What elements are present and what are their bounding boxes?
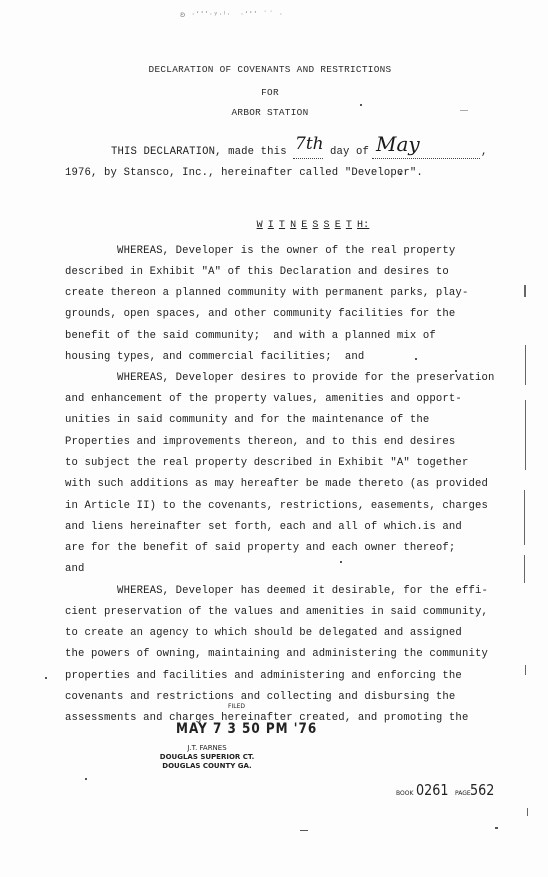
filed-stamp-datetime: MAY 7 3 50 PM '76 [176, 720, 317, 737]
paragraph-1-line: WHEREAS, Developer is the owner of the r… [65, 245, 455, 257]
page-label: PAGE [455, 790, 471, 797]
paragraph-1-line: housing types, and commercial facilities… [65, 351, 364, 363]
witnesseth-letter: I [268, 220, 274, 231]
book-number: 0261 [416, 781, 448, 799]
witnesseth-heading: WITNESSETH: [232, 209, 374, 242]
paragraph-2-line: with such additions as may hereafter be … [65, 478, 488, 490]
page-number: 562 [470, 781, 494, 799]
intro-comma: , [481, 146, 488, 158]
paragraph-3-line: to create an agency to which should be d… [65, 627, 462, 639]
paragraph-1-line: grounds, open spaces, and other communit… [65, 308, 455, 320]
book-label: BOOK [396, 790, 413, 797]
scan-speck [415, 358, 417, 360]
paragraph-2-line: and enhancement of the property values, … [65, 393, 462, 405]
paragraph-1-line: described in Exhibit "A" of this Declara… [65, 266, 449, 278]
witnesseth-letter: T [346, 220, 352, 231]
witnesseth-letter: N [290, 220, 296, 231]
filed-stamp-county: DOUGLAS COUNTY GA. [162, 762, 251, 770]
handwritten-month: May [376, 132, 420, 156]
paragraph-1-line: benefit of the said community; and with … [65, 330, 436, 342]
filed-stamp-clerk: J.T. FARNES [187, 744, 226, 752]
scan-edge-artifact [524, 490, 525, 545]
paragraph-3-line: WHEREAS, Developer has deemed it desirab… [65, 585, 488, 597]
scan-edge-artifact [525, 665, 526, 675]
witnesseth-letter: H: [357, 220, 369, 231]
handwritten-period: . [398, 160, 403, 179]
witnesseth-letter: S [324, 220, 330, 231]
paragraph-2-line: are for the benefit of said property and… [65, 542, 455, 554]
month-blank-line [372, 158, 480, 159]
scan-speck [360, 104, 362, 106]
paragraph-2-line: Properties and improvements thereon, and… [65, 436, 455, 448]
scanned-document-page: ʚ ·ʻ'ʼ·ʸ·ˡ· ·ʻ'ʼ ˙˙ · DECLARATION OF COV… [0, 0, 548, 877]
witnesseth-letter: S [312, 220, 318, 231]
paragraph-2-line: WHEREAS, Developer desires to provide fo… [65, 372, 494, 384]
document-title: DECLARATION OF COVENANTS AND RESTRICTION… [149, 64, 392, 75]
scan-speck [45, 677, 47, 679]
filed-stamp-label: FILED [228, 703, 245, 710]
scan-speck [460, 110, 468, 111]
paragraph-2-line: in Article II) to the covenants, restric… [65, 500, 488, 512]
scan-speck [455, 370, 457, 372]
paragraph-3-line: cient preservation of the values and ame… [65, 606, 488, 618]
intro-line-2: 1976, by Stansco, Inc., hereinafter call… [65, 167, 423, 179]
paragraph-2-line: unities in said community and for the ma… [65, 414, 429, 426]
paragraph-2-line: and [65, 563, 85, 575]
scan-speck [340, 561, 342, 563]
day-blank-line [293, 158, 323, 159]
filed-stamp-court: DOUGLAS SUPERIOR CT. [160, 753, 254, 761]
scan-speck [495, 827, 498, 829]
paragraph-3-line: the powers of owning, maintaining and ad… [65, 648, 488, 660]
scan-edge-artifact [524, 555, 525, 583]
witnesseth-letter: T [279, 220, 285, 231]
paragraph-3-line: properties and facilities and administer… [65, 670, 462, 682]
scan-speck [85, 778, 87, 780]
intro-prefix: THIS DECLARATION, made this [111, 146, 287, 158]
scan-edge-artifact [525, 345, 526, 385]
scan-edge-artifact [524, 285, 526, 297]
scan-header-artifact: ʚ ·ʻ'ʼ·ʸ·ˡ· ·ʻ'ʼ ˙˙ · [180, 10, 284, 19]
paragraph-1-line: create thereon a planned community with … [65, 287, 468, 299]
witnesseth-letter: E [301, 220, 307, 231]
handwritten-day: 7th [295, 134, 324, 154]
paragraph-2-line: to subject the real property described i… [65, 457, 468, 469]
paragraph-3-line: covenants and restrictions and collectin… [65, 691, 455, 703]
document-title-for: FOR [261, 87, 279, 98]
scan-edge-artifact [525, 400, 526, 470]
scan-edge-artifact [527, 808, 528, 816]
scan-speck [300, 830, 308, 831]
paragraph-2-line: and liens hereinafter set forth, each an… [65, 521, 462, 533]
intro-day-of: day of [330, 146, 369, 158]
document-subtitle: ARBOR STATION [231, 107, 308, 118]
witnesseth-letter: E [335, 220, 341, 231]
witnesseth-letter: W [257, 220, 263, 231]
